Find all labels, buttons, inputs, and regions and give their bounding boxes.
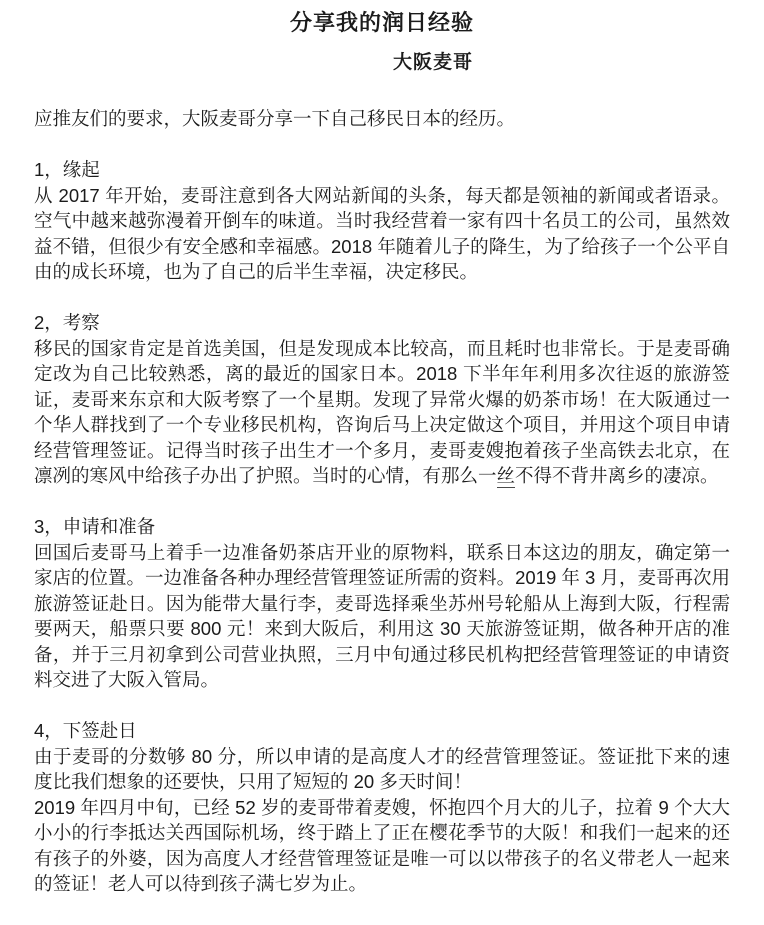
- section-origin: 1，缘起 从 2017 年开始，麦哥注意到各大网站新闻的头条，每天都是领袖的新闻…: [34, 157, 730, 285]
- document-title: 分享我的润日经验: [34, 8, 730, 38]
- section-application: 3，申请和准备 回国后麦哥马上着手一边准备奶茶店开业的原物料，联系日本这边的朋友…: [34, 514, 730, 693]
- section-heading: 2，考察: [34, 310, 730, 336]
- section-paragraph: 由于麦哥的分数够 80 分，所以申请的是高度人才的经营管理签证。签证批下来的速度…: [34, 744, 730, 795]
- section-heading: 4，下签赴日: [34, 718, 730, 744]
- paragraph-text-before-underline: 移民的国家肯定是首选美国，但是发现成本比较高，而且耗时也非常长。于是麦哥确定改为…: [34, 338, 730, 487]
- section-paragraph: 从 2017 年开始，麦哥注意到各大网站新闻的头条，每天都是领袖的新闻或者语录。…: [34, 183, 730, 285]
- spellcheck-underlined-text: 丝: [497, 465, 516, 488]
- section-inspection: 2，考察 移民的国家肯定是首选美国，但是发现成本比较高，而且耗时也非常长。于是麦…: [34, 310, 730, 489]
- section-visa-granted: 4，下签赴日 由于麦哥的分数够 80 分，所以申请的是高度人才的经营管理签证。签…: [34, 718, 730, 897]
- document-body: 应推友们的要求，大阪麦哥分享一下自己移民日本的经历。 1，缘起 从 2017 年…: [34, 106, 730, 897]
- section-heading: 3，申请和准备: [34, 514, 730, 540]
- document-page: 分享我的润日经验 大阪麦哥 应推友们的要求，大阪麦哥分享一下自己移民日本的经历。…: [0, 0, 764, 925]
- section-paragraph: 回国后麦哥马上着手一边准备奶茶店开业的原物料，联系日本这边的朋友，确定第一家店的…: [34, 540, 730, 693]
- section-heading: 1，缘起: [34, 157, 730, 183]
- section-paragraph: 2019 年四月中旬，已经 52 岁的麦哥带着麦嫂，怀抱四个月大的儿子，拉着 9…: [34, 795, 730, 897]
- paragraph-text-after-underline: 不得不背井离乡的凄凉。: [515, 465, 719, 486]
- intro-paragraph: 应推友们的要求，大阪麦哥分享一下自己移民日本的经历。: [34, 106, 730, 132]
- document-author: 大阪麦哥: [85, 50, 764, 76]
- section-paragraph: 移民的国家肯定是首选美国，但是发现成本比较高，而且耗时也非常长。于是麦哥确定改为…: [34, 336, 730, 489]
